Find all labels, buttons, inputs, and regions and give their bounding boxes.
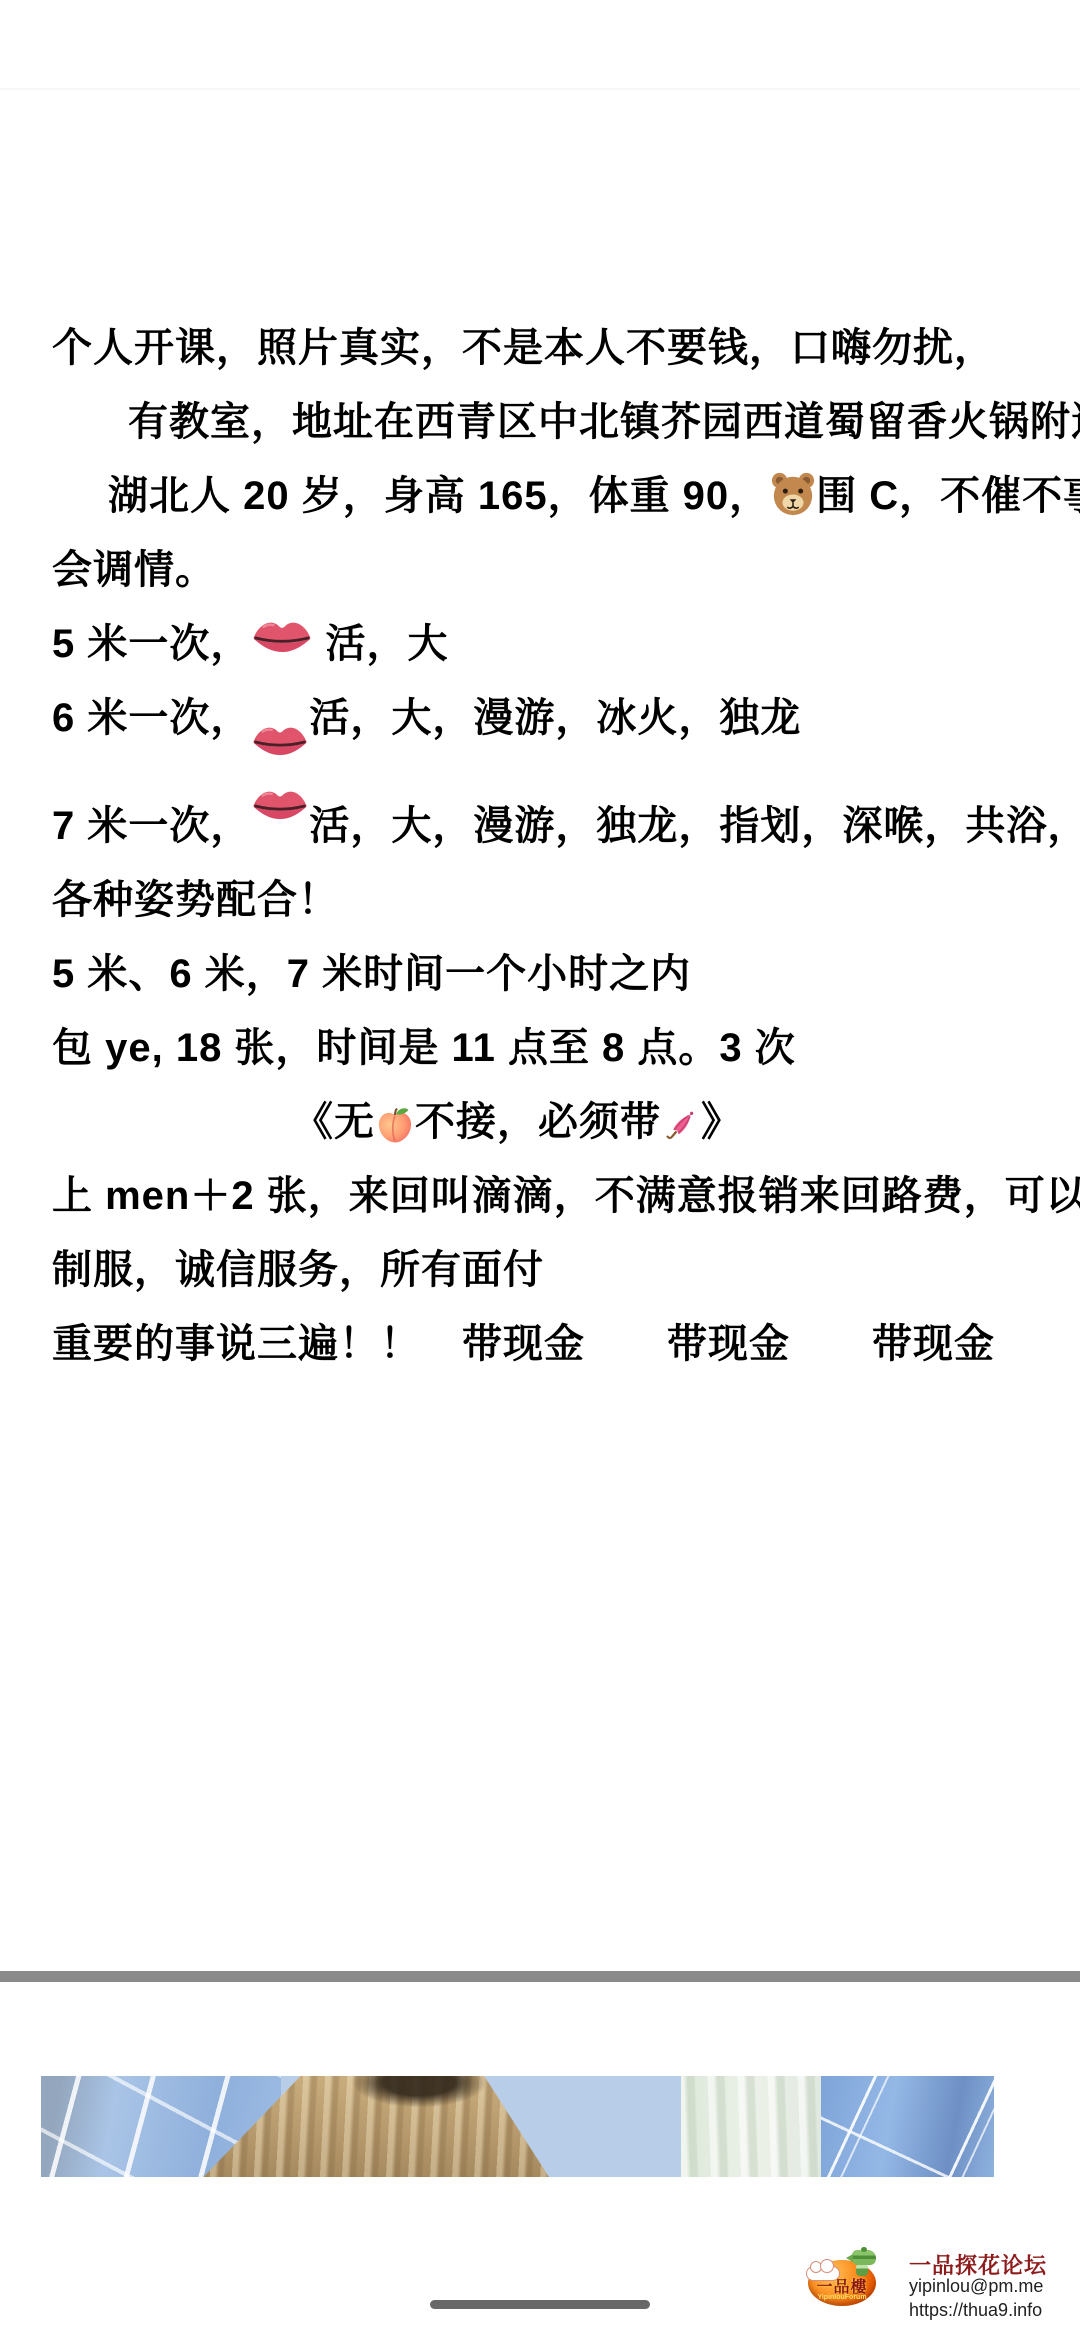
doc-text: 湖北人 20 岁，身高 165，体重 90，: [108, 474, 770, 518]
doc-text: 各种姿势配合！: [52, 878, 339, 922]
teapot-icon: [852, 2250, 876, 2265]
doc-text: 活，大，漫游，冰火，独龙: [309, 696, 801, 740]
forum-logo: 一品樓 YipinlouForum: [806, 2250, 878, 2308]
document-body: 个人开课，照片真实，不是本人不要钱，口嗨勿扰，有教室，地址在西青区中北镇芥园西道…: [0, 311, 1080, 1381]
doc-line-5: 5 米一次， 活，大: [0, 607, 1080, 681]
doc-line-6: 6 米一次，活，大，漫游，冰火，独龙: [0, 681, 1080, 755]
forum-url[interactable]: https://thua9.info: [909, 2300, 1042, 2321]
top-hairline-divider: [0, 88, 1080, 90]
doc-text: 围 C，不催不事，: [816, 474, 1080, 518]
doc-line-2: 有教室，地址在西青区中北镇芥园西道蜀留香火锅附近: [0, 385, 1080, 459]
photo-quilt-strip: [681, 2076, 831, 2177]
forum-email: yipinlou@pm.me: [909, 2276, 1043, 2297]
attachment-photo[interactable]: [41, 2076, 994, 2177]
doc-line-3: 湖北人 20 岁，身高 165，体重 90，围 C，不催不事，: [0, 459, 1080, 533]
doc-text: 活，大: [313, 622, 448, 666]
doc-line-7: 7 米一次，活，大，漫游，独龙，指划，深喉，共浴，: [0, 789, 1080, 863]
doc-line-10: 包 ye, 18 张，时间是 11 点至 8 点。3 次: [0, 1011, 1080, 1085]
doc-line-11: 《无不接，必须带》: [0, 1085, 1080, 1159]
doc-line-8: 各种姿势配合！: [0, 863, 1080, 937]
doc-text: 包 ye, 18 张，时间是 11 点至 8 点。3 次: [52, 1026, 796, 1070]
closed-umbrella-emoji: [661, 1106, 701, 1146]
doc-line-13: 制服，诚信服务，所有面付: [0, 1233, 1080, 1307]
lips-emoji-lowered: [251, 714, 309, 770]
doc-text: 7 米一次，: [52, 804, 251, 848]
peach-emoji: [375, 1105, 415, 1145]
phone-screen: 个人开课，照片真实，不是本人不要钱，口嗨勿扰，有教室，地址在西青区中北镇芥园西道…: [0, 0, 1080, 2340]
doc-line-12: 上 men＋2 张，来回叫滴滴，不满意报销来回路费，可以带: [0, 1159, 1080, 1233]
bear-emoji: [770, 471, 816, 517]
doc-text: 》: [701, 1100, 742, 1144]
lips-emoji-raised: [251, 613, 313, 663]
doc-text: 《无: [293, 1100, 375, 1144]
doc-text: 5 米、6 米，7 米时间一个小时之内: [52, 952, 691, 996]
lips-emoji-high: [251, 781, 309, 831]
doc-line-4: 会调情。: [0, 533, 1080, 607]
doc-text: 6 米一次，: [52, 696, 251, 740]
doc-text: 不接，必须带: [415, 1100, 661, 1144]
doc-text: 上 men＋2 张，来回叫滴滴，不满意报销来回路费，可以带: [52, 1174, 1080, 1218]
home-indicator-handle[interactable]: [430, 2300, 650, 2309]
doc-text: 制服，诚信服务，所有面付: [52, 1248, 544, 1292]
doc-text: 会调情。: [52, 548, 216, 592]
doc-text: 个人开课，照片真实，不是本人不要钱，口嗨勿扰，: [52, 326, 995, 370]
doc-text: 活，大，漫游，独龙，指划，深喉，共浴，: [309, 804, 1080, 848]
doc-text: 重要的事说三遍！！ 带现金 带现金 带现金: [52, 1322, 995, 1366]
doc-line-14: 重要的事说三遍！！ 带现金 带现金 带现金: [0, 1307, 1080, 1381]
doc-line-1: 个人开课，照片真实，不是本人不要钱，口嗨勿扰，: [0, 311, 1080, 385]
doc-line-9: 5 米、6 米，7 米时间一个小时之内: [0, 937, 1080, 1011]
forum-logo-subtext: YipinlouForum: [806, 2294, 878, 2301]
doc-text: 5 米一次，: [52, 622, 251, 666]
doc-text: 有教室，地址在西青区中北镇芥园西道蜀留香火锅附近: [128, 400, 1080, 444]
photo-right-plaid-fabric: [821, 2076, 994, 2177]
section-divider-bar: [0, 1971, 1080, 1982]
